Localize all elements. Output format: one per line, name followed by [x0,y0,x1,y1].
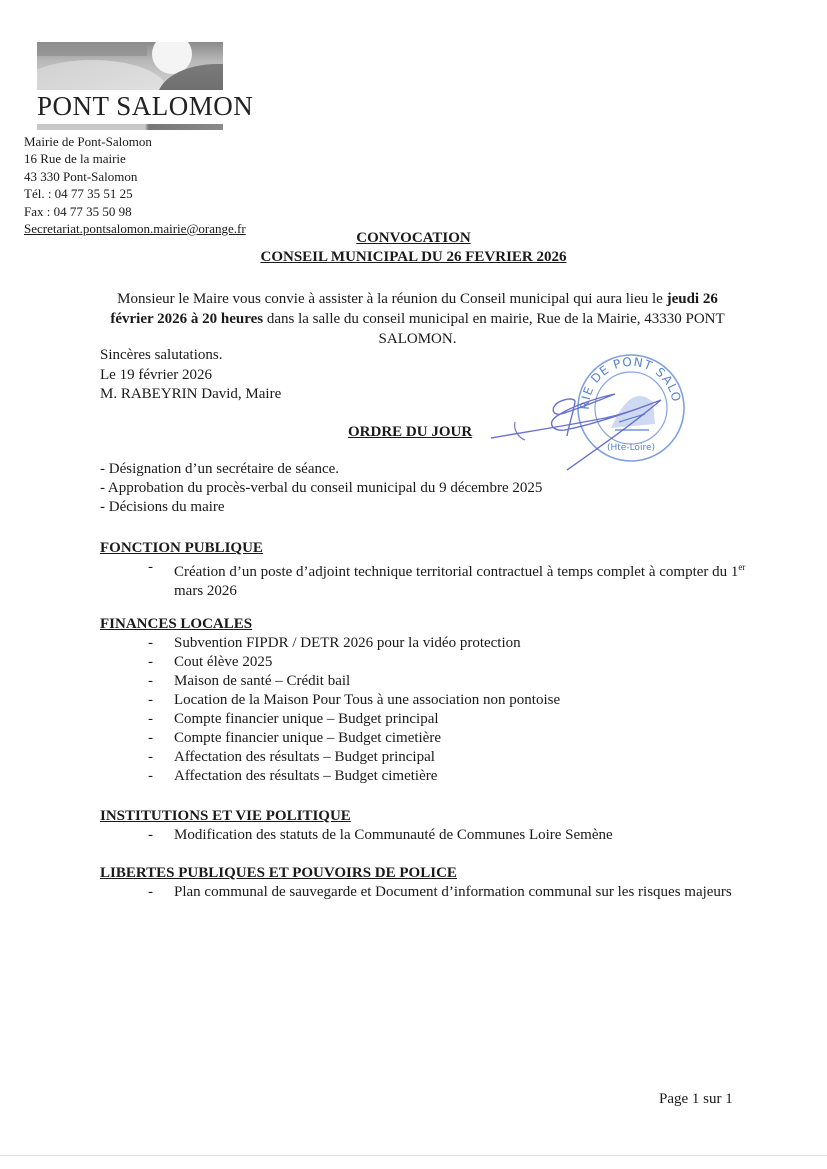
section-heading: INSTITUTIONS ET VIE POLITIQUE [100,807,750,826]
agenda-item: -Maison de santé – Crédit bail [100,672,750,691]
agenda-item-text: Création d’un poste d’adjoint technique … [174,564,745,599]
section-heading: FINANCES LOCALES [100,615,750,634]
address-line: 43 330 Pont-Salomon [24,168,246,185]
section-fonction-publique: FONCTION PUBLIQUE - Création d’un poste … [100,539,750,601]
agenda-item-text: Location de la Maison Pour Tous à une as… [174,692,560,708]
agenda-item-text: Affectation des résultats – Budget princ… [174,749,435,765]
address-line: 16 Rue de la mairie [24,150,246,167]
agenda-item: -Affectation des résultats – Budget cime… [100,767,750,786]
signatory: M. RABEYRIN David, Maire [100,385,281,405]
agenda-item: -Plan communal de sauvegarde et Document… [100,883,750,902]
logo-text: PONT SALOMON [37,92,223,120]
agenda-item: - Création d’un poste d’adjoint techniqu… [100,558,750,601]
agenda-item: - Désignation d’un secrétaire de séance. [100,460,542,479]
agenda-item-text: Plan communal de sauvegarde et Document … [174,884,732,900]
document-subtitle: CONSEIL MUNICIPAL DU 26 FEVRIER 2026 [0,249,827,266]
section-heading: LIBERTES PUBLIQUES ET POUVOIRS DE POLICE [100,864,750,883]
landscape-logo-icon [37,42,223,90]
agenda-item: -Compte financier unique – Budget princi… [100,710,750,729]
intro-text-2: dans la salle du conseil municipal en ma… [267,311,725,347]
agenda-item: -Compte financier unique – Budget cimeti… [100,729,750,748]
intro-paragraph: Monsieur le Maire vous convie à assister… [100,289,735,349]
phone-line: Tél. : 04 77 35 51 25 [24,185,246,202]
greeting: Sincères salutations. [100,346,281,366]
section-heading: FONCTION PUBLIQUE [100,539,750,558]
agenda-item-text: Maison de santé – Crédit bail [174,673,350,689]
agenda-item: - Décisions du maire [100,498,542,517]
agenda-preliminary-items: - Désignation d’un secrétaire de séance.… [100,460,542,517]
agenda-heading: ORDRE DU JOUR [348,424,472,441]
agenda-item: -Cout élève 2025 [100,653,750,672]
logo-bar [37,124,223,130]
agenda-item-text: Compte financier unique – Budget princip… [174,711,439,727]
municipality-logo: PONT SALOMON [37,42,223,130]
signoff-date: Le 19 février 2026 [100,366,281,386]
agenda-item: -Affectation des résultats – Budget prin… [100,748,750,767]
section-institutions: INSTITUTIONS ET VIE POLITIQUE -Modificat… [100,807,750,845]
agenda-item-text: Modification des statuts de la Communaut… [174,827,613,843]
page-bottom-divider [0,1155,827,1156]
section-libertes-publiques: LIBERTES PUBLIQUES ET POUVOIRS DE POLICE… [100,864,750,902]
sender-address: Mairie de Pont-Salomon 16 Rue de la mair… [24,133,246,237]
agenda-item: -Modification des statuts de la Communau… [100,826,750,845]
page-number: Page 1 sur 1 [659,1091,733,1108]
fax-line: Fax : 04 77 35 50 98 [24,203,246,220]
agenda-item: -Location de la Maison Pour Tous à une a… [100,691,750,710]
agenda-item: - Approbation du procès-verbal du consei… [100,479,542,498]
agenda-item-text: Cout élève 2025 [174,654,272,670]
document-title: CONVOCATION [0,230,827,247]
section-finances-locales: FINANCES LOCALES -Subvention FIPDR / DET… [100,615,750,786]
intro-text-1: Monsieur le Maire vous convie à assister… [117,291,663,307]
signature-icon [485,380,675,472]
signoff-block: Sincères salutations. Le 19 février 2026… [100,346,281,405]
agenda-item-text: Compte financier unique – Budget cimetiè… [174,730,441,746]
agenda-item: -Subvention FIPDR / DETR 2026 pour la vi… [100,634,750,653]
address-line: Mairie de Pont-Salomon [24,133,246,150]
agenda-item-text: Subvention FIPDR / DETR 2026 pour la vid… [174,635,521,651]
agenda-item-text: Affectation des résultats – Budget cimet… [174,768,437,784]
